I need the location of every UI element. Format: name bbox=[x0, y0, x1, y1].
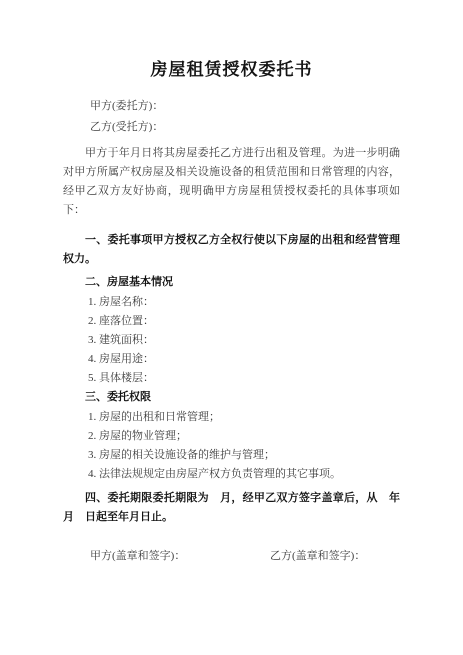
list-item: 2. 房屋的物业管理； bbox=[88, 427, 400, 446]
section-heading-1: 一、委托事项甲方授权乙方全权行使以下房屋的出租和经营管理权力。 bbox=[63, 231, 400, 269]
document-content: 房屋租赁授权委托书 甲方(委托方)： 乙方(受托方)： 甲方于年月日将其房屋委托… bbox=[0, 0, 463, 566]
section-heading-2: 二、房屋基本情况 bbox=[63, 273, 400, 292]
list-item: 2. 座落位置： bbox=[88, 312, 400, 331]
party-a-label: 甲方(委托方)： bbox=[90, 97, 400, 116]
list-item: 4. 法律法规规定由房屋产权方负责管理的其它事项。 bbox=[88, 465, 400, 484]
list-item: 4. 房屋用途： bbox=[88, 350, 400, 369]
section-3-item-list: 1. 房屋的出租和日常管理； 2. 房屋的物业管理； 3. 房屋的相关设施设备的… bbox=[63, 408, 400, 484]
list-item: 5. 具体楼层： bbox=[88, 369, 400, 388]
signature-party-b-label: 乙方(盖章和签字)： bbox=[270, 547, 365, 566]
section-heading-4: 四、委托期限委托期限为 月，经甲乙双方签字盖章后，从 年 月 日起至年月日止。 bbox=[63, 489, 400, 527]
intro-paragraph: 甲方于年月日将其房屋委托乙方进行出租及管理。为进一步明确对甲方所属产权房屋及相关… bbox=[63, 144, 400, 220]
document-title: 房屋租赁授权委托书 bbox=[63, 58, 400, 82]
document-page: 房屋租赁授权委托书 甲方(委托方)： 乙方(受托方)： 甲方于年月日将其房屋委托… bbox=[0, 0, 463, 655]
party-b-label: 乙方(受托方)： bbox=[90, 118, 400, 137]
signature-row: 甲方(盖章和签字)： 乙方(盖章和签字)： bbox=[63, 547, 400, 566]
section-2-item-list: 1. 房屋名称： 2. 座落位置： 3. 建筑面积： 4. 房屋用途： 5. 具… bbox=[63, 293, 400, 388]
list-item: 1. 房屋的出租和日常管理； bbox=[88, 408, 400, 427]
signature-party-a-label: 甲方(盖章和签字)： bbox=[90, 547, 185, 566]
list-item: 3. 房屋的相关设施设备的维护与管理； bbox=[88, 446, 400, 465]
list-item: 3. 建筑面积： bbox=[88, 331, 400, 350]
section-heading-3: 三、委托权限 bbox=[63, 388, 400, 407]
list-item: 1. 房屋名称： bbox=[88, 293, 400, 312]
